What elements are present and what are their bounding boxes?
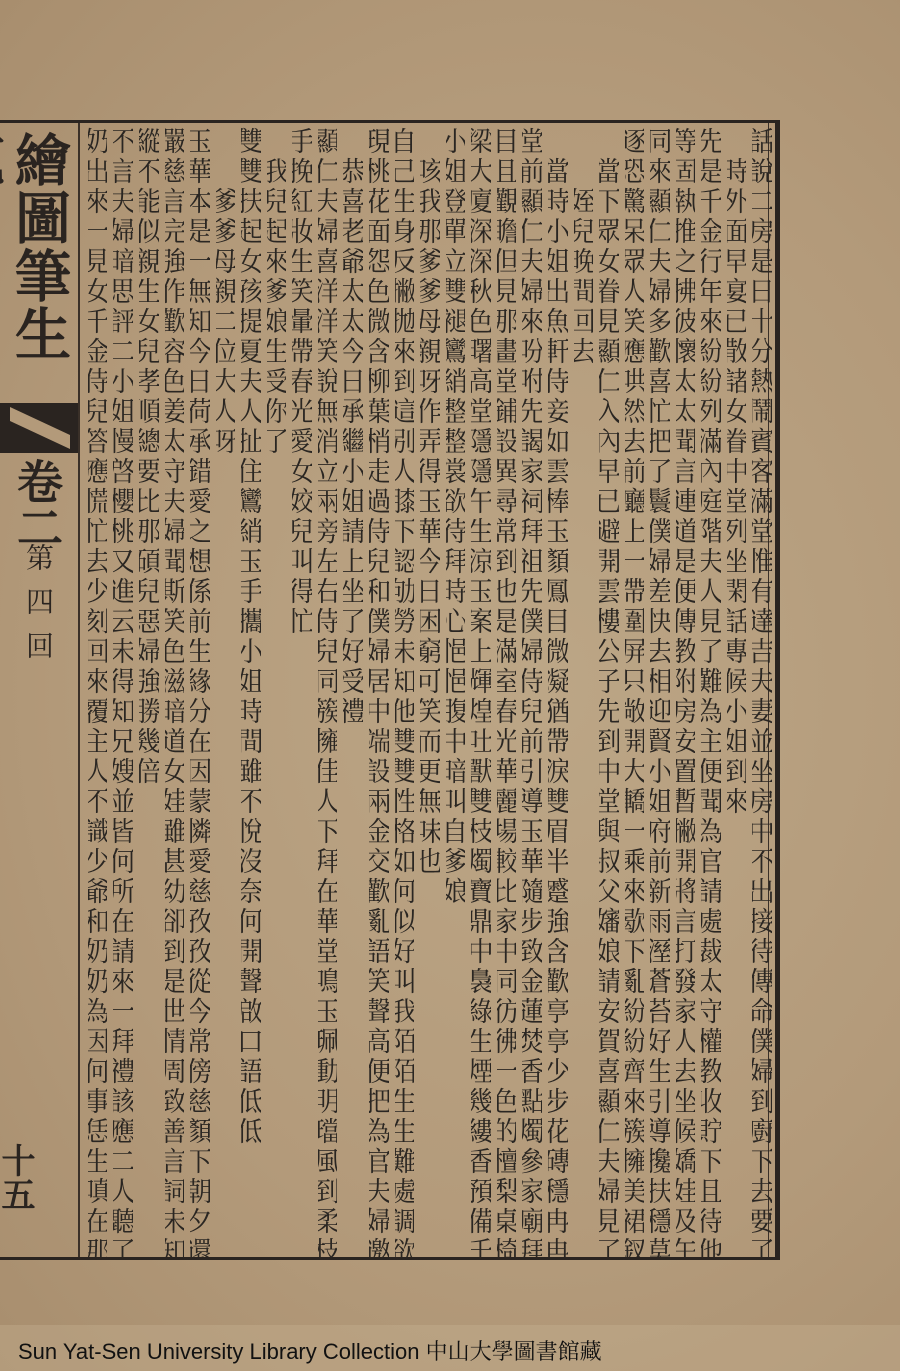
text-column: 爹爹母親二位大人呀 [216,127,236,1257]
library-watermark: Sun Yat-Sen University Library Collectio… [18,1335,602,1366]
text-column: 同來顯仁夫婦多歡喜忙把了鬟僕婦差快去相迎賢小姐府前新雨溼蒼苔好生引導攙扶穩莫使千… [650,127,670,1257]
text-column: 小姐登單立雙褪鸞綃整整裳欲待拜時心悒悒腹中暗叫自爹娘 [446,127,466,1257]
text-column: 堂前顯仁夫婦來吩咐先謁家祠拜祖先僕婦侍兒前引導玉華隨步致金蓮焚香點燭參家廟拜罷回… [522,127,542,1257]
chapter-label: 第四回 [18,543,58,675]
text-column: 手挽紅妝生笑暈帶春光愛女姣兒叫得忙 [292,127,312,1257]
margin-gutter: 繪圖筆生花 卷二 第四回 十五 [0,123,80,1257]
scanned-book-page: 繪圖筆生花 卷二 第四回 十五 話說二房是日十分熱鬧賓客滿堂惟有達吉夫妻並坐房中… [0,0,900,1371]
text-column: 我兒起來爹娘生受你了 [267,127,287,1257]
text-column: 恭喜老爺太太今日承繼小姐請上坐了好受禮 [343,127,363,1257]
text-frame: 繪圖筆生花 卷二 第四回 十五 話說二房是日十分熱鬧賓客滿堂惟有達吉夫妻並坐房中… [0,120,780,1260]
text-column: 現桃花面怨色微含柳葉梢走過侍兒和僕婦居中端設兩金交歡亂語笑聲高便把為官夫婦邀 [369,127,389,1257]
text-column: 顯仁夫婦喜洋洋笑說無消立兩旁左右侍兒同簇擁佳人下拜在華堂鳴玉珮動明璫風到柔枝翠帶… [318,127,338,1257]
text-column: 咳我那爹爹母親呀作弄得玉華今日困窮可笑而更無味也 [420,127,440,1257]
text-column: 雙雙扶起女孩提夏夫人扯住鸞綃玉手攜小姐時間雖不悅沒奈何開聲啟口語低低 [241,127,261,1257]
text-column: 縱不能似親生女兒孝順總要比那碩兒惡婦強勝幾倍 [139,127,159,1257]
text-column: 玉華本是一無知今日荷承錯愛之想係前生緣分在因蒙憐愛慈孜孜從今常傍慈顏下朝夕還求教… [190,127,210,1257]
text-column: 時外面早宴已散諸女眷中堂列坐閑話專候小姐到來 [727,127,747,1257]
page-number: 十五 [0,1143,40,1211]
volume-label: 卷二 [10,458,70,550]
text-column: 等固執推之拂彼懷太太聞言連道是便傳教附房安置暫撇開將言打發家人去坐候嬌娃及午牌方… [676,127,696,1257]
text-column: 先是千金行年來紛紛列滿內庭階夫人見了難為主便聞為官請處裁太守權教收貯下且待他女兒… [701,127,721,1257]
text-column: 嚴慈言完強作歡容色姜太守夫婦聞斯笑色滋暗道女娃雖甚幼卻到是世情周致善言詞未知性格… [165,127,185,1257]
text-column: 不言夫婦暗思評二小姐慢啓櫻桃又進云未得知兄嫂並皆何所在請來一拜禮該應二人聽了將頭… [113,127,133,1257]
text-column: 梁大廈深深秋色曙高堂隱隱午生涼玉案上輝煌吐獸雙枝燭寶鼎中裊綠生煙幾縷香預備千金來… [471,127,491,1257]
text-column: 奶出來一見女千金侍兒答應慌忙去少刻回來覆主人不識少爺和奶奶為因何事恁生嗔在那裏房… [88,127,108,1257]
text-columns: 話說二房是日十分熱鬧賓客滿堂惟有達吉夫妻並坐房中不出接待傳命僕婦到廚下去要了一桌… [82,127,772,1257]
fishtail-mark-icon [0,403,78,453]
text-column: 逐恐驚呆眾人笑應哄然去前廳上一帶圍屏只敞開大轎一乘來歇下亂紛紛齊來簇擁美裙釵 [625,127,645,1257]
book-title: 繪圖筆生花 [6,131,72,401]
text-column: 自己生身反撇拋來到這別人膝下認劬勞未知他雙雙性格如何似好叫我陌陌生生難處調欲改稱… [395,127,415,1257]
text-column: 當下眾女眷見顯仁入內早已避開雲樓公子先到中堂與叔父嬸娘請安賀喜顯仁夫婦見了他手姿… [599,127,619,1257]
text-column: 姪兒晚間回去 [574,127,594,1257]
text-column: 目且觀瞻但見那畫堂鋪設異尋常到也是滿室春光華麗場較比家中同彷彿一色的檀梨桌椅白銅… [497,127,517,1257]
text-column: 話說二房是日十分熱鬧賓客滿堂惟有達吉夫妻並坐房中不出接待傳命僕婦到廚下去要了一桌… [752,127,772,1257]
text-column: 當時小姐出魚軒侍妾如雲棒玉顏鳳目微凝猶帶淚雙眉半蹙強含歡亭亭少步花磚穩冉冉香風玉… [548,127,568,1257]
